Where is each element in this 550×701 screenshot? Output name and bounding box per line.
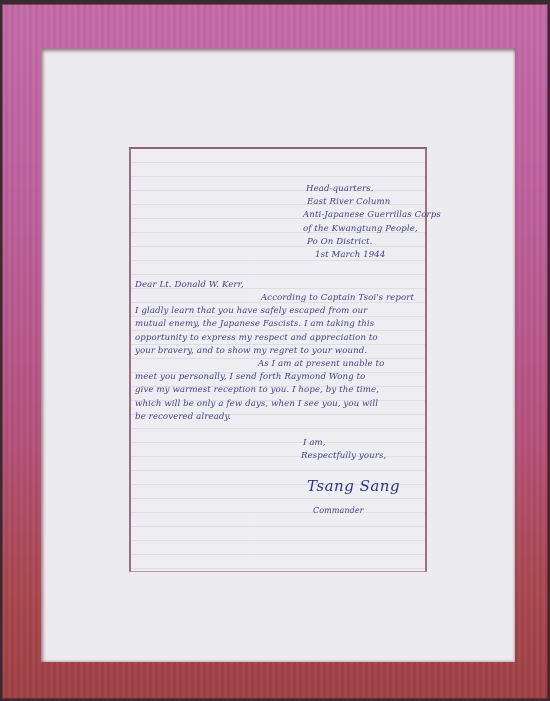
body-line: meet you personally, I send forth Raymon…: [135, 371, 425, 384]
address-line: Po On District.: [303, 236, 429, 249]
body-line: opportunity to express my respect and ap…: [135, 332, 425, 345]
address-line: of the Kwangtung People,: [303, 223, 429, 236]
body-line: mutual enemy, the Japanese Fascists. I a…: [135, 318, 425, 331]
letter-closing: I am, Respectfully yours,: [301, 437, 425, 463]
letter-address-block: Head-quarters. East River Column Anti-Ja…: [303, 183, 429, 262]
closing-line: Respectfully yours,: [301, 450, 425, 463]
body-line: As I am at present unable to: [135, 358, 425, 371]
signature: Tsang Sang: [307, 477, 400, 495]
address-line: Anti-Japanese Guerrillas Corps: [303, 209, 429, 222]
body-line: I gladly learn that you have safely esca…: [135, 305, 425, 318]
body-line: give my warmest reception to you. I hope…: [135, 384, 425, 397]
signer-title: Commander: [313, 504, 364, 517]
address-line: Head-quarters.: [303, 183, 429, 196]
letter-date: 1st March 1944: [303, 249, 429, 262]
body-line: your bravery, and to show my regret to y…: [135, 345, 425, 358]
mat-board: Head-quarters. East River Column Anti-Ja…: [41, 48, 515, 662]
body-line: which will be only a few days, when I se…: [135, 398, 425, 411]
letter-paper: Head-quarters. East River Column Anti-Ja…: [129, 147, 427, 572]
letter-salutation: Dear Lt. Donald W. Kerr,: [135, 279, 244, 292]
body-line: According to Captain Tsoi's report: [135, 292, 425, 305]
letter-body: According to Captain Tsoi's report I gla…: [135, 292, 425, 424]
closing-line: I am,: [301, 437, 425, 450]
address-line: East River Column: [303, 196, 429, 209]
body-line: be recovered already.: [135, 411, 425, 424]
picture-frame: Head-quarters. East River Column Anti-Ja…: [2, 4, 548, 699]
